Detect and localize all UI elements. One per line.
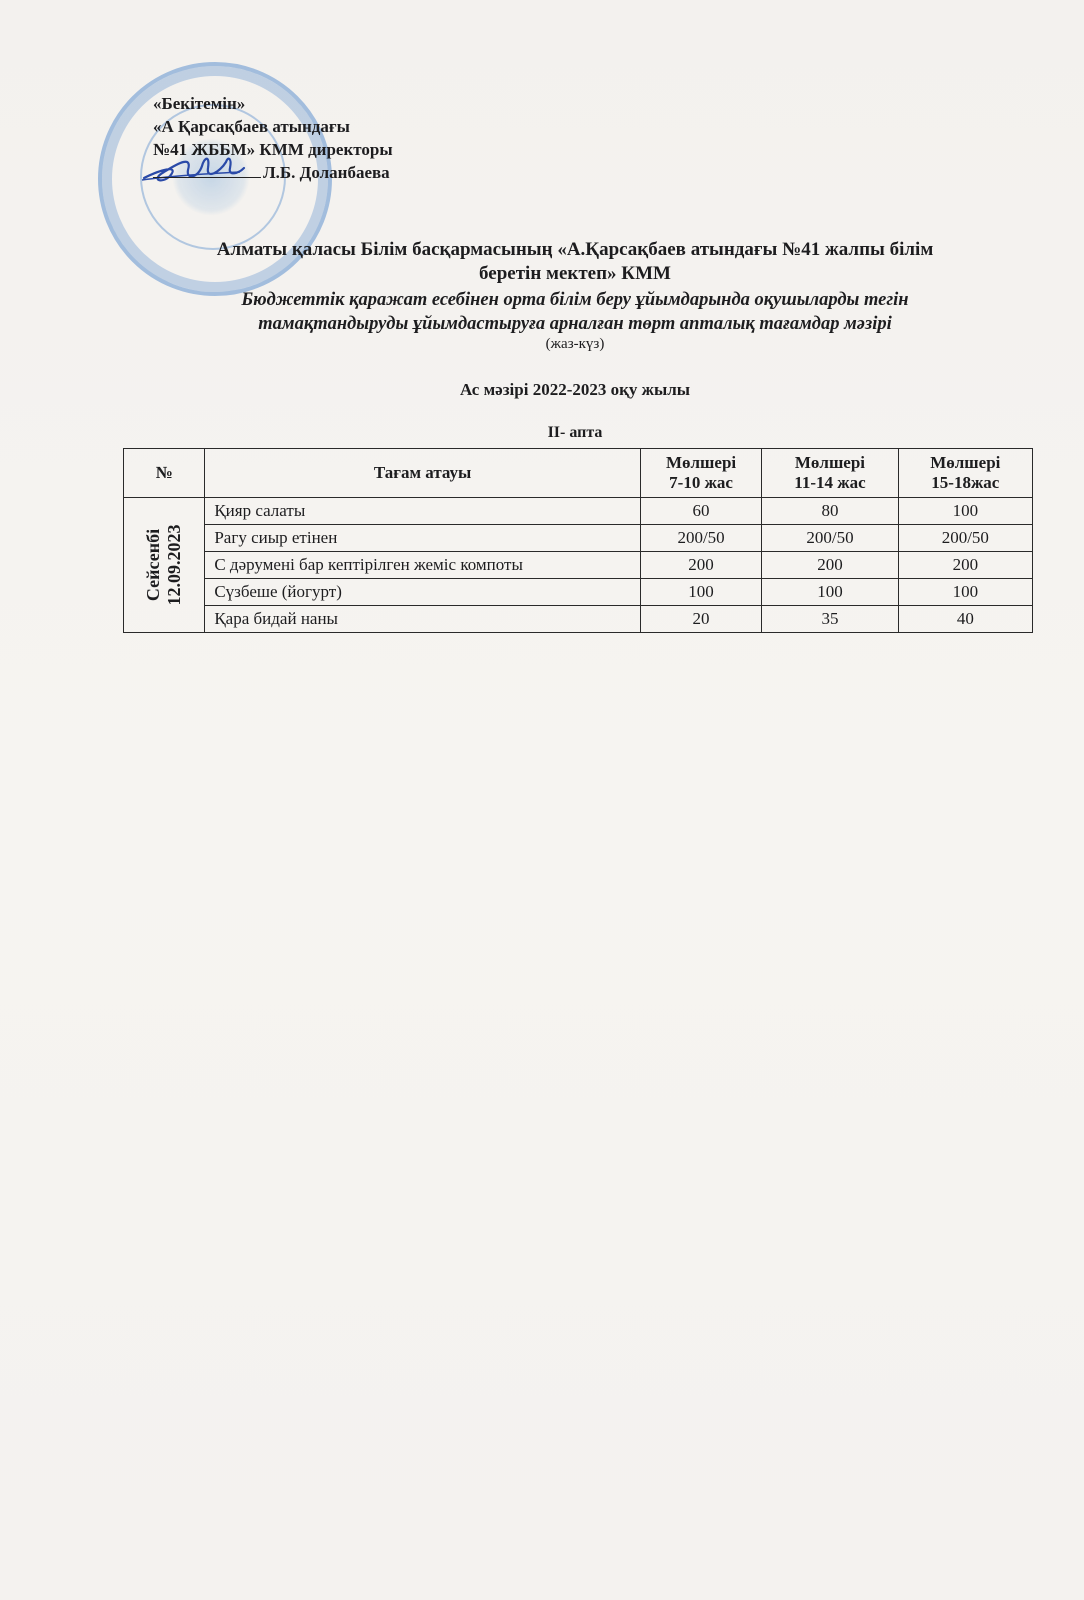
- dish-name: Сүзбеше (йогурт): [205, 579, 640, 606]
- day-cell: Сейсенбі 12.09.2023: [124, 498, 205, 633]
- portion-11-14: 35: [762, 606, 898, 633]
- portion-7-10: 20: [640, 606, 761, 633]
- header-portion-7-10: Мөлшері7-10 жас: [640, 449, 761, 498]
- menu-subtitle: Бюджеттік қаражат есебінен орта білім бе…: [110, 288, 1040, 336]
- dish-name: Рагу сиыр етінен: [205, 525, 640, 552]
- approval-line-3: №41 ЖББМ» КММ директоры: [153, 138, 393, 161]
- signature-line: [153, 177, 261, 178]
- school-title-line-1: Алматы қаласы Білім басқармасының «А.Қар…: [110, 238, 1040, 262]
- menu-subtitle-line-1: Бюджеттік қаражат есебінен орта білім бе…: [110, 288, 1040, 312]
- portion-11-14: 200: [762, 552, 898, 579]
- approval-line-2: «А Қарсақбаев атындағы: [153, 115, 393, 138]
- table-row: Сейсенбі 12.09.2023 Қияр салаты 60 80 10…: [124, 498, 1033, 525]
- table-row: С дәрумені бар кептірілген жеміс компоты…: [124, 552, 1033, 579]
- portion-7-10: 200/50: [640, 525, 761, 552]
- week-label: II- апта: [110, 424, 1040, 442]
- portion-7-10: 200: [640, 552, 761, 579]
- day-date: 12.09.2023: [164, 525, 185, 606]
- approval-line-4: Л.Б. Доланбаева: [153, 161, 393, 184]
- table-row: Қара бидай наны 20 35 40: [124, 606, 1033, 633]
- director-name: Л.Б. Доланбаева: [263, 163, 390, 182]
- table-row: Сүзбеше (йогурт) 100 100 100: [124, 579, 1033, 606]
- header-dish-name: Тағам атауы: [205, 449, 640, 498]
- portion-11-14: 100: [762, 579, 898, 606]
- portion-7-10: 100: [640, 579, 761, 606]
- approval-block: «Бекітемін» «А Қарсақбаев атындағы №41 Ж…: [153, 92, 393, 184]
- academic-year-label: Ас мәзірі 2022-2023 оқу жылы: [110, 380, 1040, 400]
- portion-15-18: 40: [898, 606, 1032, 633]
- portion-15-18: 100: [898, 498, 1032, 525]
- dish-name: С дәрумені бар кептірілген жеміс компоты: [205, 552, 640, 579]
- approval-line-1: «Бекітемін»: [153, 92, 393, 115]
- header-portion-11-14: Мөлшері11-14 жас: [762, 449, 898, 498]
- portion-11-14: 80: [762, 498, 898, 525]
- table-row: Рагу сиыр етінен 200/50 200/50 200/50: [124, 525, 1033, 552]
- menu-table: № Тағам атауы Мөлшері7-10 жас Мөлшері11-…: [123, 448, 1033, 633]
- header-no: №: [124, 449, 205, 498]
- day-label: Сейсенбі 12.09.2023: [143, 525, 185, 606]
- header-portion-15-18: Мөлшері15-18жас: [898, 449, 1032, 498]
- portion-11-14: 200/50: [762, 525, 898, 552]
- dish-name: Қара бидай наны: [205, 606, 640, 633]
- day-name: Сейсенбі: [143, 525, 164, 606]
- dish-name: Қияр салаты: [205, 498, 640, 525]
- season-label: (жаз-күз): [110, 336, 1040, 353]
- menu-subtitle-line-2: тамақтандыруды ұйымдастыруға арналған тө…: [110, 312, 1040, 336]
- portion-15-18: 100: [898, 579, 1032, 606]
- school-title-line-2: беретін мектеп» КММ: [110, 262, 1040, 286]
- table-header-row: № Тағам атауы Мөлшері7-10 жас Мөлшері11-…: [124, 449, 1033, 498]
- school-title: Алматы қаласы Білім басқармасының «А.Қар…: [110, 238, 1040, 286]
- portion-15-18: 200: [898, 552, 1032, 579]
- portion-15-18: 200/50: [898, 525, 1032, 552]
- portion-7-10: 60: [640, 498, 761, 525]
